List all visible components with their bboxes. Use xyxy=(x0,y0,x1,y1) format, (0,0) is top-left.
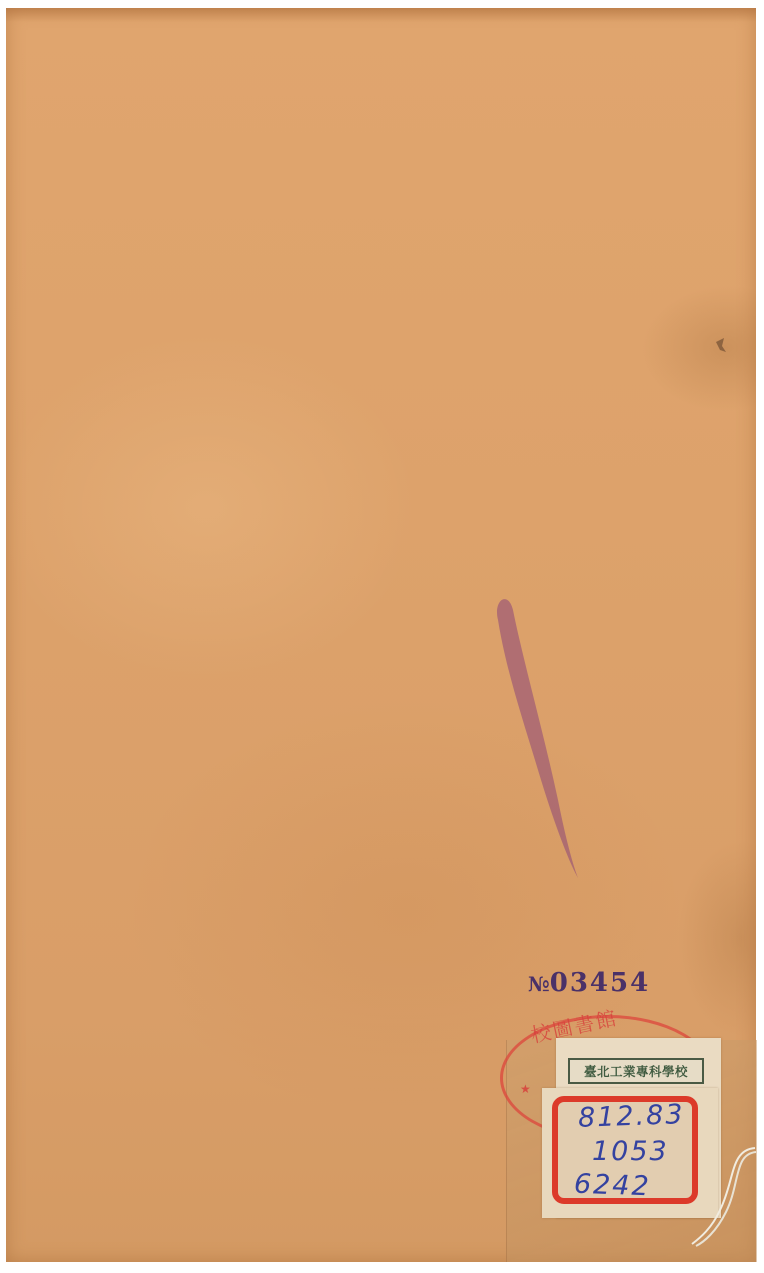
purple-ink-streak xyxy=(488,580,588,880)
call-number-line-1: 812.83 xyxy=(578,1101,685,1132)
number-sign: № xyxy=(528,972,549,996)
call-number-line-3: 6242 xyxy=(574,1171,652,1201)
accession-number: №03454 xyxy=(528,968,650,998)
accession-digits: 03454 xyxy=(550,968,650,998)
paper-blemish xyxy=(712,330,732,360)
school-name: 臺北工業專科學校 xyxy=(568,1058,704,1084)
binding-string xyxy=(690,1140,760,1250)
call-number-line-2: 1053 xyxy=(592,1138,669,1165)
stamp-star-icon: ★ xyxy=(520,1082,531,1096)
